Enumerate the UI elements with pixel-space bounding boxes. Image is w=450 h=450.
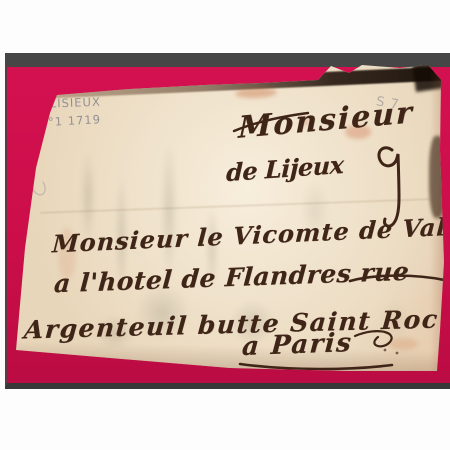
address-line-monsieur: Monsieur [238,95,414,146]
letter-photo: DE LISIEUX LN°1 1719 S 7 Monsieur de Lij… [0,0,450,450]
stain [388,338,418,350]
fold-crease [40,198,430,214]
address-line-vicomte: Monsieur le Vicomte de Valernes [51,209,450,259]
ink-showthrough [160,140,178,280]
address-line-hotel: a l'hotel de Flandres rue [53,257,410,298]
address-line-paris: a Paris [241,328,353,362]
address-line-argenteuil: Argenteuil butte Saint Roc [23,305,440,345]
address-line-de-lisieux: de Lijeux [226,150,344,187]
stain [235,87,277,98]
